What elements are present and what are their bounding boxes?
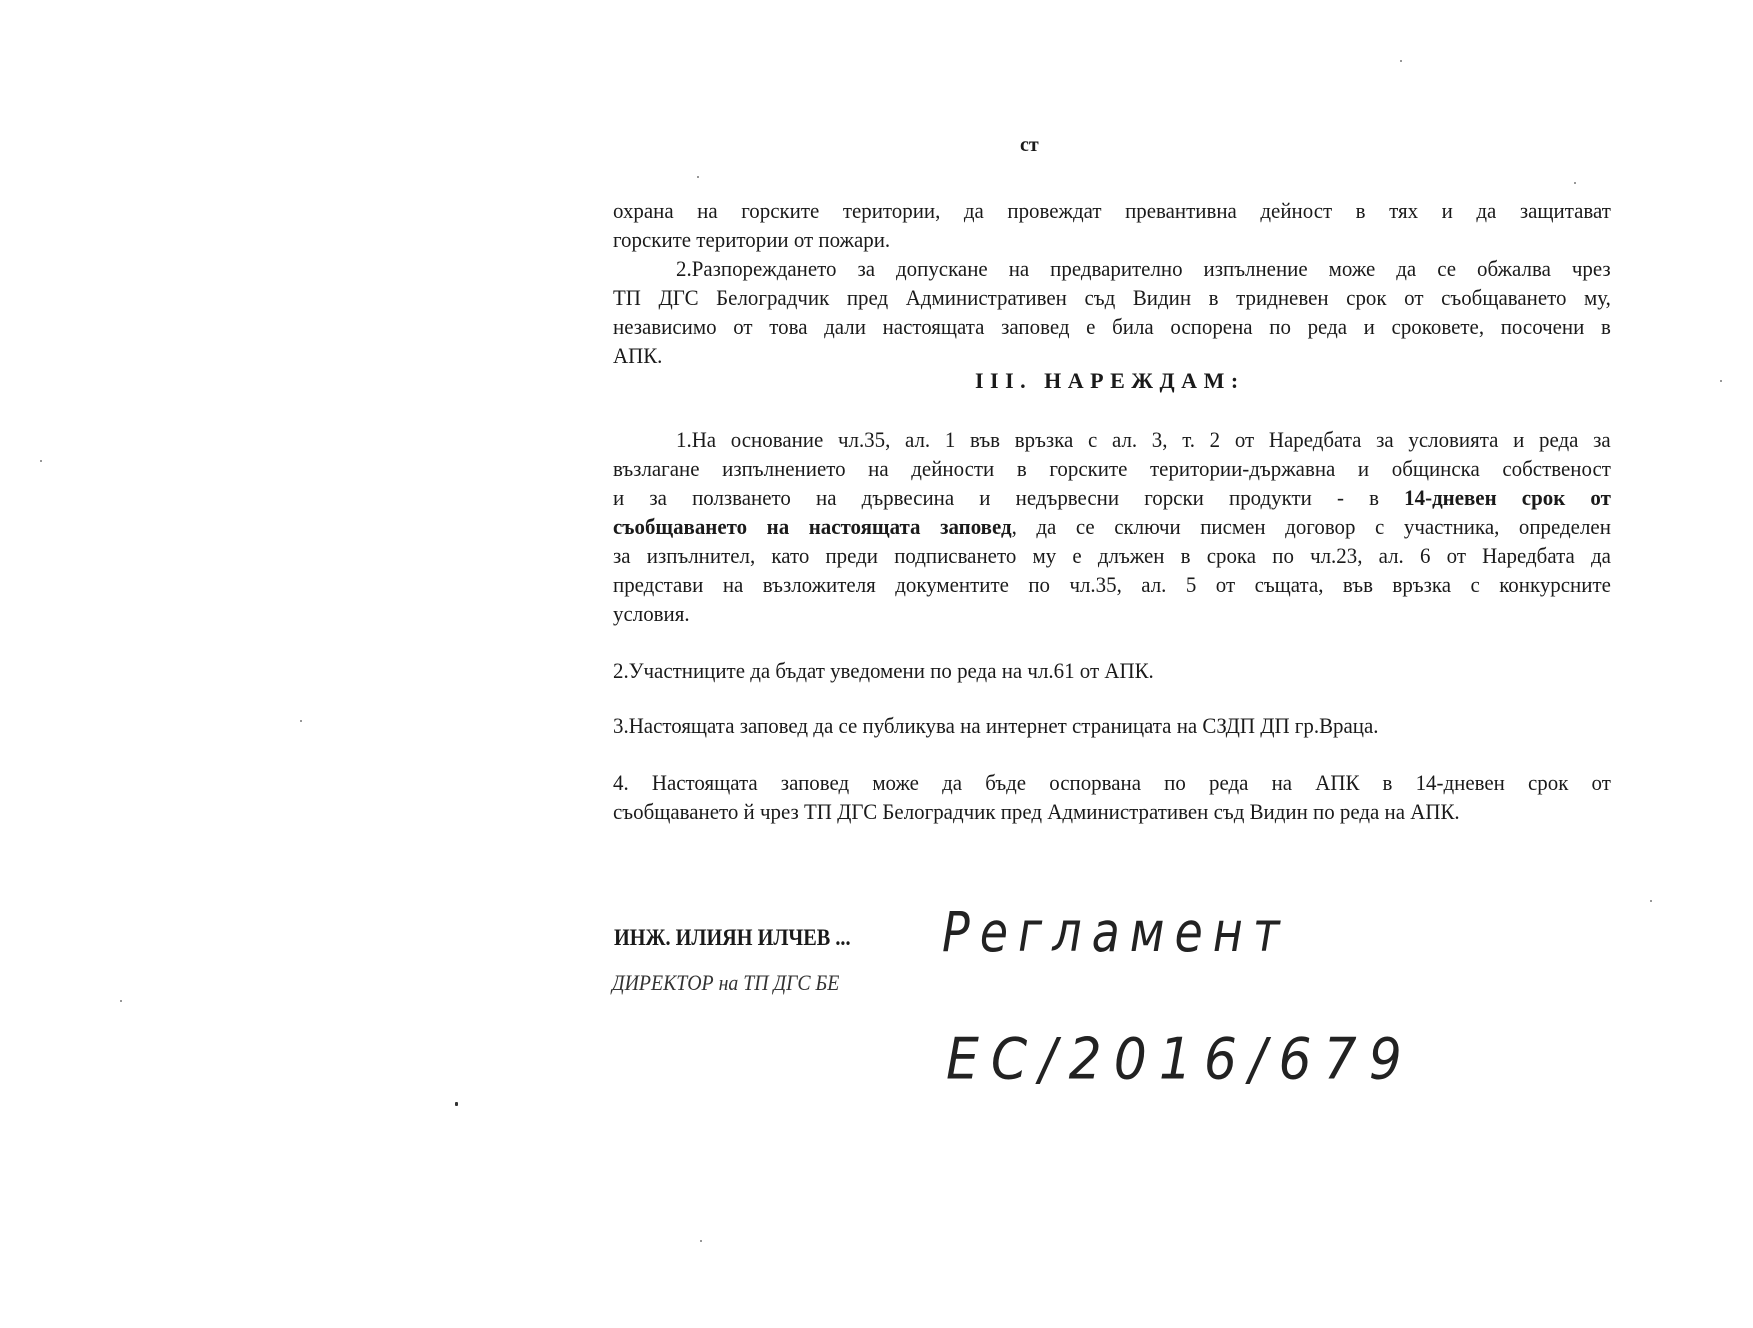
section2-line-3: независимо от това дали настоящата запов… — [613, 312, 1541, 341]
handwritten-note-reference: ЕС/2016/679 — [946, 1027, 1414, 1093]
signatory-name: ИНЖ. ИЛИЯН ИЛЧЕВ ... — [614, 925, 851, 951]
section-heading: III. НАРЕЖДАМ: — [975, 366, 1245, 396]
scan-speck — [455, 1102, 458, 1106]
item1-line-2: възлагане изпълнението на дейности в гор… — [613, 454, 1541, 483]
scan-speck — [1400, 60, 1402, 62]
scan-speck — [40, 460, 42, 462]
handwritten-note-regulation: Регламент — [942, 900, 1290, 965]
scan-speck — [1720, 380, 1722, 382]
scan-speck — [697, 176, 699, 178]
page-mark: ст — [1020, 134, 1039, 157]
intro-line-2: горските територии от пожари. — [613, 225, 1541, 254]
item1-line-7: условия. — [613, 599, 1541, 628]
item3-line: 3.Настоящата заповед да се публикува на … — [613, 711, 1541, 740]
scan-speck — [700, 1240, 702, 1242]
item2-line: 2.Участниците да бъдат уведомени по реда… — [613, 656, 1541, 685]
item4-line-2: съобщаването й чрез ТП ДГС Белоградчик п… — [613, 797, 1541, 826]
intro-line-1: охрана на горските територии, да провежд… — [613, 196, 1541, 225]
signatory-title: ДИРЕКТОР на ТП ДГС БЕ — [612, 970, 839, 996]
scan-speck — [300, 720, 302, 722]
scan-speck — [120, 1000, 122, 1002]
emphasis-notification: съобщаването на настоящата заповед — [613, 514, 1012, 539]
item1-line-4: съобщаването на настоящата заповед, да с… — [613, 512, 1541, 541]
scan-speck — [1650, 900, 1652, 902]
item4-line-1: 4. Настоящата заповед може да бъде оспор… — [613, 768, 1541, 797]
scanned-document-page: ст охрана на горските територии, да пров… — [0, 0, 1753, 1328]
item1-line-5: за изпълнител, като преди подписването м… — [613, 541, 1541, 570]
emphasis-deadline: 14-дневен срок от — [1404, 485, 1611, 510]
item1-line-1: 1.На основание чл.35, ал. 1 във връзка с… — [676, 425, 1546, 454]
item1-line-6: представи на възложителя документите по … — [613, 570, 1541, 599]
section2-line-1: 2.Разпореждането за допускане на предвар… — [676, 254, 1546, 283]
item1-line-3: и за ползването на дървесина и недървесн… — [613, 483, 1541, 512]
scan-speck — [1574, 182, 1576, 184]
section2-line-2: ТП ДГС Белоградчик пред Административен … — [613, 283, 1541, 312]
